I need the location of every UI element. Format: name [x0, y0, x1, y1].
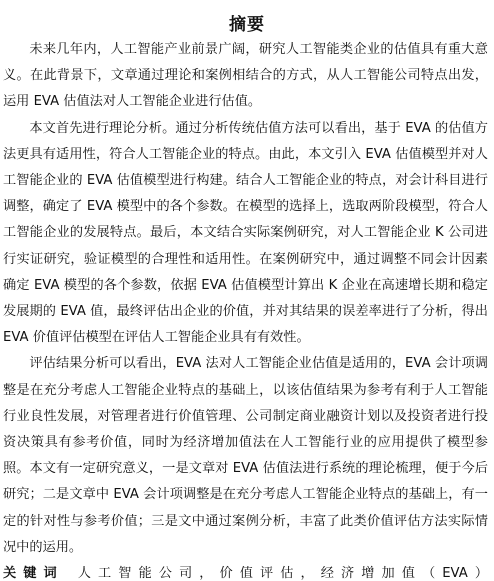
- abstract-page: 摘要 未来几年内，人工智能产业前景广阔，研究人工智能类企业的估值具有重大意义。在…: [0, 0, 494, 581]
- keywords-label: 关键词: [3, 566, 64, 581]
- keywords-line: 关键词人工智能公司，价值评估，经济增加值（EVA）: [3, 561, 488, 581]
- paragraph-2: 本文首先进行理论分析。通过分析传统估值方法可以看出，基于 EVA 的估值方法更具…: [3, 116, 488, 352]
- keywords-value: 人工智能公司，价值评估，经济增加值（EVA）: [78, 566, 488, 581]
- paragraph-1: 未来几年内，人工智能产业前景广阔，研究人工智能类企业的估值具有重大意义。在此背景…: [3, 37, 488, 116]
- paragraph-3: 评估结果分析可以看出，EVA 法对人工智能企业估值是适用的，EVA 会计项调整是…: [3, 351, 488, 561]
- abstract-body: 未来几年内，人工智能产业前景广阔，研究人工智能类企业的估值具有重大意义。在此背景…: [3, 37, 488, 581]
- abstract-title: 摘要: [0, 10, 494, 35]
